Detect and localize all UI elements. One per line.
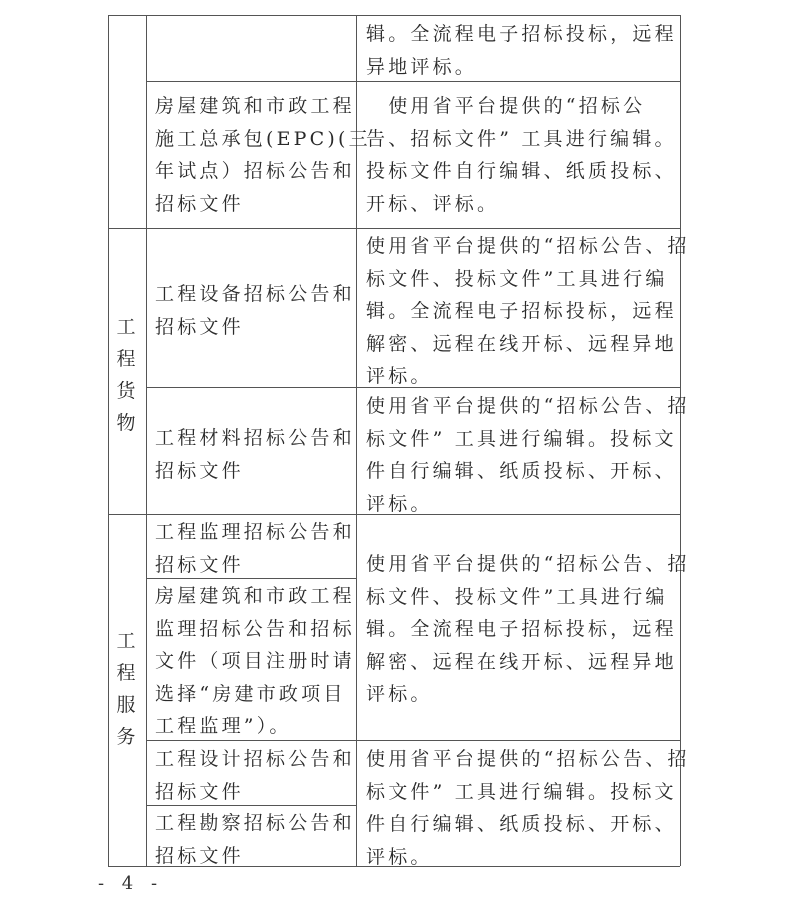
text-line: 招标文件 xyxy=(155,549,355,582)
text-line: 选择“房建市政项目 xyxy=(155,678,355,711)
text-line: 招标文件 xyxy=(155,840,355,873)
text-line: 辑。全流程电子招标投标，远程 xyxy=(366,295,690,328)
text-line: 评标。 xyxy=(366,360,690,393)
text-line: 工程勘察招标公告和 xyxy=(155,807,355,840)
method-cell: 使用省平台提供的“招标公告、招 标文件、投标文件”工具进行编 辑。全流程电子招标… xyxy=(366,230,690,393)
method-cell: 使用省平台提供的“招标公告、招 标文件” 工具进行编辑。投标文 件自行编辑、纸质… xyxy=(366,743,690,873)
text-line: 解密、远程在线开标、远程异地 xyxy=(366,328,690,361)
table-left-border xyxy=(108,15,109,866)
text-line: 评标。 xyxy=(366,841,690,874)
category-char: 程 xyxy=(114,343,138,375)
text-line: 年试点）招标公告和 xyxy=(155,155,371,188)
method-cell: 辑。全流程电子招标投标，远程 异地评标。 xyxy=(366,18,677,83)
method-cell: 使用省平台提供的“招标公 告、招标文件” 工具进行编辑。 投标文件自行编辑、纸质… xyxy=(366,90,677,220)
text-line: 件自行编辑、纸质投标、开标、 xyxy=(366,808,690,841)
text-line: 招标文件 xyxy=(155,455,355,488)
item-cell: 房屋建筑和市政工程 施工总承包(EPC)(三 年试点）招标公告和 招标文件 xyxy=(155,90,371,220)
text-line: 使用省平台提供的“招标公告、招 xyxy=(366,230,690,263)
text-line: 件自行编辑、纸质投标、开标、 xyxy=(366,455,690,488)
text-line: 异地评标。 xyxy=(366,51,677,84)
row-divider xyxy=(108,228,680,229)
text-line: 标文件” 工具进行编辑。投标文 xyxy=(366,423,690,456)
category-goods: 工 程 货 物 xyxy=(114,311,138,439)
item-cell: 工程勘察招标公告和 招标文件 xyxy=(155,807,355,872)
category-char: 服 xyxy=(114,689,138,721)
text-line: 招标文件 xyxy=(155,311,355,344)
category-char: 工 xyxy=(114,625,138,657)
text-line: 告、招标文件” 工具进行编辑。 xyxy=(366,123,677,156)
text-line: 辑。全流程电子招标投标，远程 xyxy=(366,18,677,51)
text-line: 工程监理”）。 xyxy=(155,710,355,743)
text-line: 使用省平台提供的“招标公告、招 xyxy=(366,743,690,776)
text-line: 评标。 xyxy=(366,678,690,711)
text-line: 标文件、投标文件”工具进行编 xyxy=(366,263,690,296)
document-page: 辑。全流程电子招标投标，远程 异地评标。 房屋建筑和市政工程 施工总承包(EPC… xyxy=(0,0,791,924)
text-line: 标文件” 工具进行编辑。投标文 xyxy=(366,776,690,809)
category-char: 工 xyxy=(114,311,138,343)
item-cell: 房屋建筑和市政工程 监理招标公告和招标 文件（项目注册时请 选择“房建市政项目 … xyxy=(155,580,355,743)
text-line: 招标文件 xyxy=(155,188,371,221)
text-line: 使用省平台提供的“招标公 xyxy=(366,90,677,123)
text-line: 监理招标公告和招标 xyxy=(155,613,355,646)
text-line: 解密、远程在线开标、远程异地 xyxy=(366,646,690,679)
table-top-border xyxy=(108,15,680,16)
text-line: 房屋建筑和市政工程 xyxy=(155,580,355,613)
text-line: 使用省平台提供的“招标公告、招 xyxy=(366,390,690,423)
text-line: 开标、评标。 xyxy=(366,188,677,221)
column-divider xyxy=(146,15,147,866)
item-cell: 工程设计招标公告和 招标文件 xyxy=(155,743,355,808)
text-line: 文件（项目注册时请 xyxy=(155,645,355,678)
text-line: 使用省平台提供的“招标公告、招 xyxy=(366,548,690,581)
text-line: 评标。 xyxy=(366,488,690,521)
text-line: 工程设备招标公告和 xyxy=(155,278,355,311)
text-line: 投标文件自行编辑、纸质投标、 xyxy=(366,155,677,188)
text-line: 标文件、投标文件”工具进行编 xyxy=(366,581,690,614)
page-number: - 4 - xyxy=(98,873,163,894)
item-cell: 工程监理招标公告和 招标文件 xyxy=(155,516,355,581)
text-line: 工程监理招标公告和 xyxy=(155,516,355,549)
method-cell: 使用省平台提供的“招标公告、招 标文件、投标文件”工具进行编 辑。全流程电子招标… xyxy=(366,548,690,711)
category-services: 工 程 服 务 xyxy=(114,625,138,753)
text-line: 施工总承包(EPC)(三 xyxy=(155,123,371,156)
text-line: 工程设计招标公告和 xyxy=(155,743,355,776)
method-cell: 使用省平台提供的“招标公告、招 标文件” 工具进行编辑。投标文 件自行编辑、纸质… xyxy=(366,390,690,520)
text-line: 辑。全流程电子招标投标，远程 xyxy=(366,613,690,646)
item-cell: 工程设备招标公告和 招标文件 xyxy=(155,278,355,343)
text-line: 工程材料招标公告和 xyxy=(155,422,355,455)
category-char: 程 xyxy=(114,657,138,689)
category-char: 务 xyxy=(114,721,138,753)
item-cell: 工程材料招标公告和 招标文件 xyxy=(155,422,355,487)
text-line: 房屋建筑和市政工程 xyxy=(155,90,371,123)
category-char: 物 xyxy=(114,407,138,439)
category-char: 货 xyxy=(114,375,138,407)
text-line: 招标文件 xyxy=(155,776,355,809)
